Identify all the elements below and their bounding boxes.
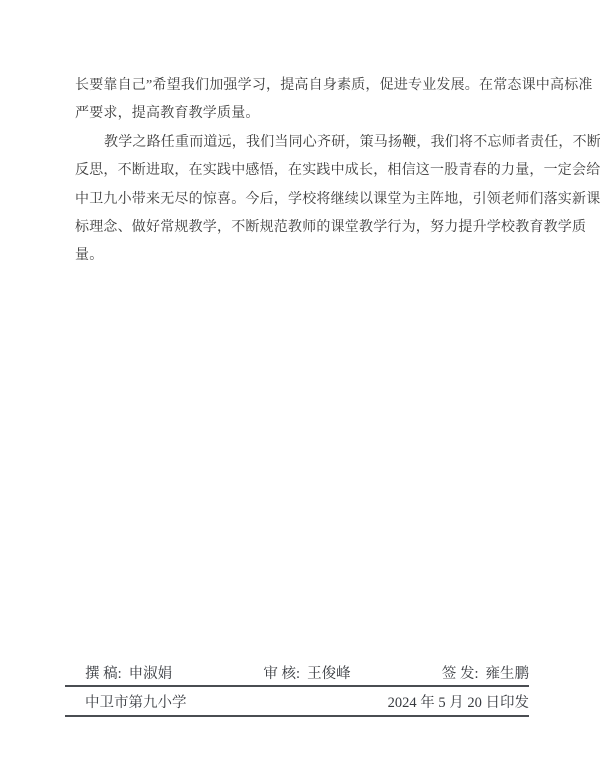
body-line: 反思，不断进取，在实践中感悟，在实践中成长，相信这一股青春的力量，一定会给	[75, 157, 533, 185]
drafter-field: 撰 稿:申淑娟	[85, 662, 172, 683]
signature-row: 撰 稿:申淑娟 审 核:王俊峰 签 发:雍生鹏	[65, 659, 529, 685]
issuer-field: 签 发:雍生鹏	[442, 662, 529, 683]
body-line: 标理念、做好常规教学，不断规范教师的课堂教学行为，努力提升学校教育教学质	[75, 214, 533, 242]
reviewer-field: 审 核:王俊峰	[263, 662, 350, 683]
body-line: 长要靠自己”希望我们加强学习，提高自身素质，促进专业发展。在常态课中高标准	[75, 72, 533, 100]
document-page: 长要靠自己”希望我们加强学习，提高自身素质，促进专业发展。在常态课中高标准 严要…	[0, 0, 600, 759]
issuer-name: 雍生鹏	[486, 666, 530, 682]
reviewer-label: 审 核:	[263, 666, 300, 682]
body-line: 量。	[75, 242, 533, 270]
body-line: 教学之路任重而道远，我们当同心齐研，策马扬鞭，我们将不忘师者责任，不断	[75, 129, 533, 157]
body-line: 中卫九小带来无尽的惊喜。今后，学校将继续以课堂为主阵地，引领老师们落实新课	[75, 186, 533, 214]
drafter-name: 申淑娟	[129, 666, 173, 682]
issuer-label: 签 发:	[442, 666, 479, 682]
issue-row: 中卫市第九小学 2024 年 5 月 20 日印发	[65, 687, 529, 715]
drafter-label: 撰 稿:	[85, 666, 122, 682]
body-paragraphs: 长要靠自己”希望我们加强学习，提高自身素质，促进专业发展。在常态课中高标准 严要…	[75, 72, 533, 271]
reviewer-name: 王俊峰	[307, 666, 351, 682]
document-footer: 撰 稿:申淑娟 审 核:王俊峰 签 发:雍生鹏 中卫市第九小学 2024 年 5…	[65, 659, 529, 717]
body-line: 严要求，提高教育教学质量。	[75, 100, 533, 128]
issue-date: 2024 年 5 月 20 日印发	[388, 691, 529, 712]
divider-line-bottom	[65, 715, 529, 717]
school-name: 中卫市第九小学	[85, 691, 187, 712]
